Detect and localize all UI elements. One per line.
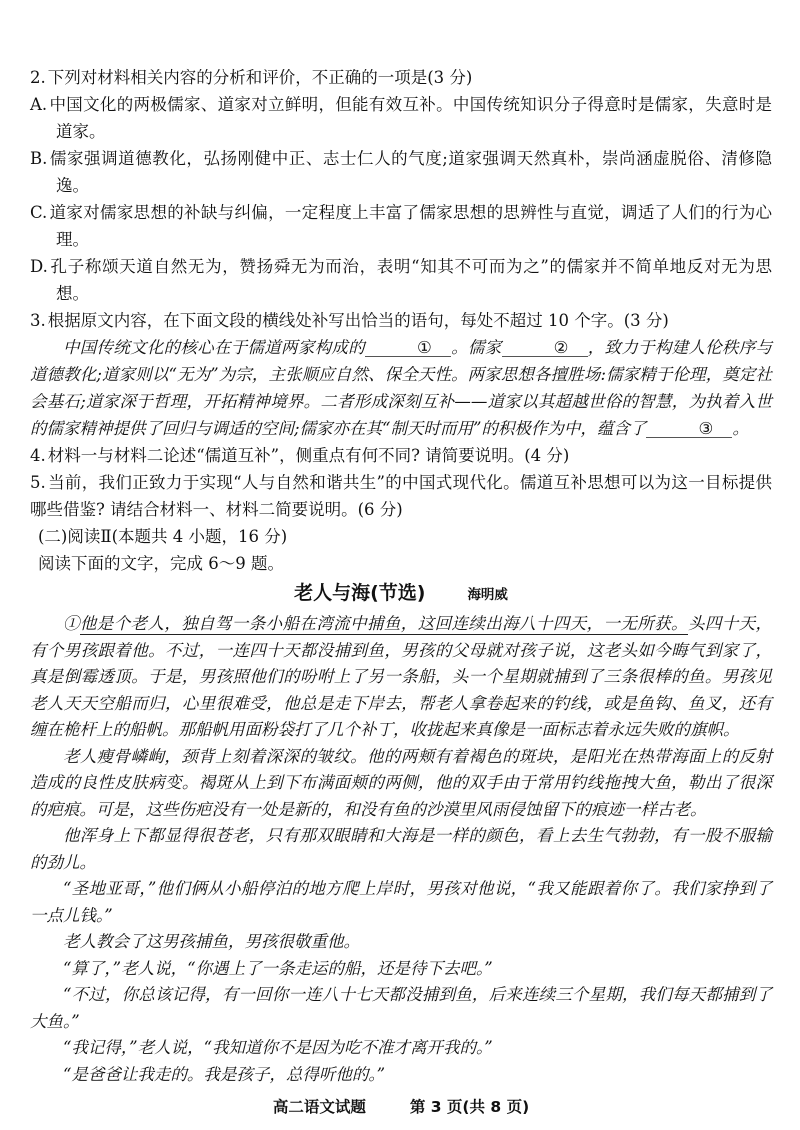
story-paragraph-7: “不过，你总该记得，有一回你一连八十七天都没捕到鱼，后来连续三个星期，我们每天都… bbox=[30, 982, 772, 1035]
question-3-stem-text: 根据原文内容，在下面文段的横线处补写出恰当的语句，每处不超过 10 个字。(3 … bbox=[48, 311, 669, 330]
story-paragraph-3: 他浑身上下都显得很苍老，只有那双眼睛和大海是一样的颜色，看上去生气勃勃，有一股不… bbox=[30, 823, 772, 876]
footer-page-number: 第 3 页(共 8 页) bbox=[410, 1098, 529, 1116]
option-b-label: B. bbox=[30, 149, 47, 168]
story-body: ①他是个老人，独自驾一条小船在湾流中捕鱼，这回连续出海八十四天，一无所获。头四十… bbox=[30, 611, 772, 1088]
story-paragraph-2: 老人瘦骨嶙峋，颈背上刻着深深的皱纹。他的两颊有着褐色的斑块，是阳光在热带海面上的… bbox=[30, 744, 772, 824]
story-paragraph-4: “圣地亚哥，”他们俩从小船停泊的地方爬上岸时，男孩对他说，“我又能跟着你了。我们… bbox=[30, 876, 772, 929]
story-paragraph-5: 老人教会了这男孩捕鱼，男孩很敬重他。 bbox=[30, 929, 772, 956]
story-paragraph-8: “我记得，”老人说，“我知道你不是因为吃不准才离开我的。” bbox=[30, 1035, 772, 1062]
question-2-stem-text: 下列对材料相关内容的分析和评价，不正确的一项是(3 分) bbox=[48, 68, 473, 87]
fill-blank-2: ② bbox=[502, 339, 588, 357]
option-a-text: 中国文化的两极儒家、道家对立鲜明，但能有效互补。中国传统知识分子得意时是儒家，失… bbox=[49, 95, 772, 141]
question-2-option-d: D.孔子称颂天道自然无为，赞扬舜无为而治，表明“知其不可而为之”的儒家并不简单地… bbox=[30, 253, 772, 307]
section-2-instruction: 阅读下面的文字，完成 6～9 题。 bbox=[38, 550, 772, 577]
question-3-stem: 3.根据原文内容，在下面文段的横线处补写出恰当的语句，每处不超过 10 个字。(… bbox=[30, 307, 772, 334]
question-section: 2.下列对材料相关内容的分析和评价，不正确的一项是(3 分) A.中国文化的两极… bbox=[30, 64, 772, 523]
question-4-stem-text: 材料一与材料二论述“儒道互补”，侧重点有何不同? 请简要说明。(4 分) bbox=[48, 446, 570, 465]
story-paragraph-6: “算了，”老人说，“你遇上了一条走运的船，还是待下去吧。” bbox=[30, 956, 772, 983]
question-2-option-b: B.儒家强调道德教化，弘扬刚健中正、志士仁人的气度;道家强调天然真朴，崇尚涵虚脱… bbox=[30, 145, 772, 199]
reading-section-2: (二)阅读Ⅱ(本题共 4 小题，16 分) 阅读下面的文字，完成 6～9 题。 … bbox=[30, 523, 772, 1088]
passage-segment-4: 。 bbox=[732, 419, 749, 438]
story-title: 老人与海(节选) bbox=[294, 582, 425, 604]
option-d-text: 孔子称颂天道自然无为，赞扬舜无为而治，表明“知其不可而为之”的儒家并不简单地反对… bbox=[50, 257, 772, 303]
exam-page: { "colors": { "text": "#111111", "backgr… bbox=[0, 0, 800, 1130]
option-a-label: A. bbox=[30, 95, 47, 114]
question-5-number: 5. bbox=[30, 473, 46, 492]
exam-sheet: 2.下列对材料相关内容的分析和评价，不正确的一项是(3 分) A.中国文化的两极… bbox=[0, 0, 800, 1118]
question-5-stem: 5.当前，我们正致力于实现“人与自然和谐共生”的中国式现代化。儒道互补思想可以为… bbox=[30, 469, 772, 523]
fill-blank-3: ③ bbox=[646, 420, 732, 438]
fill-blank-1: ① bbox=[365, 339, 451, 357]
footer-exam-title: 高二语文试题 bbox=[273, 1098, 366, 1116]
circled-1-marker: ① bbox=[417, 338, 432, 357]
story-paragraph-1: ①他是个老人，独自驾一条小船在湾流中捕鱼，这回连续出海八十四天，一无所获。头四十… bbox=[30, 611, 772, 744]
option-c-text: 道家对儒家思想的补缺与纠偏，一定程度上丰富了儒家思想的思辨性与直觉，调适了人们的… bbox=[49, 203, 772, 249]
circled-3-marker: ③ bbox=[699, 419, 714, 438]
question-5-stem-text: 当前，我们正致力于实现“人与自然和谐共生”的中国式现代化。儒道互补思想可以为这一… bbox=[30, 473, 772, 519]
story-paragraph-9: “是爸爸让我走的。我是孩子，总得听他的。” bbox=[30, 1062, 772, 1089]
question-4-number: 4. bbox=[30, 446, 46, 465]
option-c-label: C. bbox=[30, 203, 47, 222]
circled-1-paragraph-marker: ① bbox=[63, 614, 80, 633]
option-d-label: D. bbox=[30, 257, 48, 276]
option-b-text: 儒家强调道德教化，弘扬刚健中正、志士仁人的气度;道家强调天然真朴，崇尚涵虚脱俗、… bbox=[49, 149, 772, 195]
circled-2-marker: ② bbox=[554, 338, 569, 357]
question-3-passage: 中国传统文化的核心在于儒道两家构成的①。儒家②，致力于构建人伦秩序与道德教化;道… bbox=[30, 334, 772, 442]
question-2-number: 2. bbox=[30, 68, 46, 87]
question-2-stem: 2.下列对材料相关内容的分析和评价，不正确的一项是(3 分) bbox=[30, 64, 772, 91]
story-title-line: 老人与海(节选)海明威 bbox=[30, 578, 772, 610]
question-2-option-a: A.中国文化的两极儒家、道家对立鲜明，但能有效互补。中国传统知识分子得意时是儒家… bbox=[30, 91, 772, 145]
passage-segment-2: 。儒家 bbox=[451, 338, 502, 357]
story-author: 海明威 bbox=[467, 587, 508, 603]
question-3: 3.根据原文内容，在下面文段的横线处补写出恰当的语句，每处不超过 10 个字。(… bbox=[30, 307, 772, 442]
underlined-sentence: 他是个老人，独自驾一条小船在湾流中捕鱼，这回连续出海八十四天，一无所获。 bbox=[80, 614, 688, 635]
question-2-option-c: C.道家对儒家思想的补缺与纠偏，一定程度上丰富了儒家思想的思辨性与直觉，调适了人… bbox=[30, 199, 772, 253]
passage-segment-1: 中国传统文化的核心在于儒道两家构成的 bbox=[63, 338, 365, 357]
question-2: 2.下列对材料相关内容的分析和评价，不正确的一项是(3 分) A.中国文化的两极… bbox=[30, 64, 772, 307]
question-3-number: 3. bbox=[30, 311, 46, 330]
question-4-stem: 4.材料一与材料二论述“儒道互补”，侧重点有何不同? 请简要说明。(4 分) bbox=[30, 442, 772, 469]
page-footer: 高二语文试题第 3 页(共 8 页) bbox=[30, 1096, 772, 1118]
section-2-heading: (二)阅读Ⅱ(本题共 4 小题，16 分) bbox=[38, 523, 772, 550]
